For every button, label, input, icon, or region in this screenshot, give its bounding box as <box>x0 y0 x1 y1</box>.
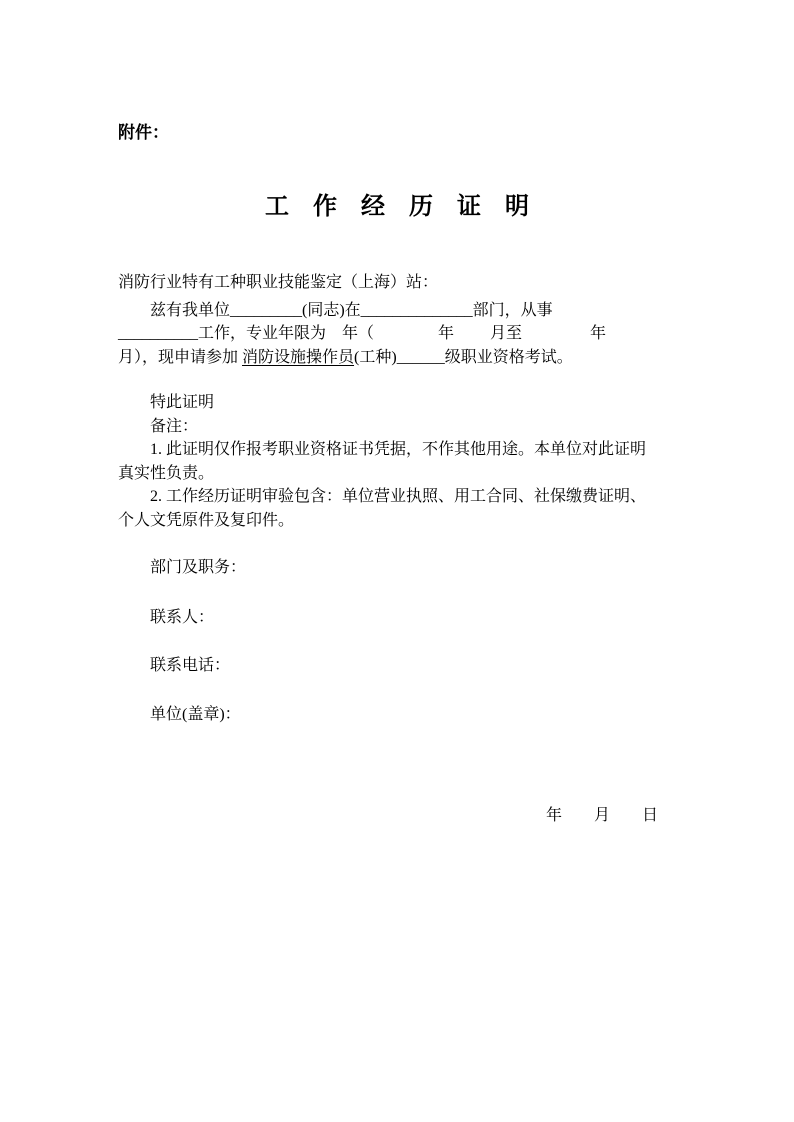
occupation-name-underlined: 消防设施操作员 <box>242 349 354 366</box>
field-department-position: 部门及职务： <box>118 556 676 580</box>
field-contact-phone: 联系电话： <box>118 654 676 678</box>
level-blank: ______ <box>397 349 445 366</box>
body-line-unit-name: 兹有我单位_________(同志)在______________部门，从事 <box>118 299 676 323</box>
note2-line1: 2. 工作经历证明审验包含：单位营业执照、用工合同、社保缴费证明、 <box>118 485 676 509</box>
exam-line-worktype: (工种) <box>354 349 397 366</box>
document-title: 工 作 经 历 证 明 <box>118 192 676 222</box>
attachment-label: 附件： <box>118 121 676 145</box>
remarks-label: 备注： <box>118 415 676 439</box>
field-unit-seal: 单位(盖章)： <box>118 703 676 727</box>
note1-line2: 真实性负责。 <box>118 462 676 486</box>
exam-line-pre: 月），现申请参加 <box>118 349 242 366</box>
body-line-work-years: __________工作，专业年限为 年（ 年 月至 年 <box>118 322 676 346</box>
date-line: 年 月 日 <box>118 804 676 828</box>
field-contact-person: 联系人： <box>118 606 676 630</box>
note2-line2: 个人文凭原件及复印件。 <box>118 509 676 533</box>
salutation-line: 消防行业特有工种职业技能鉴定（上海）站： <box>118 271 676 295</box>
note1-line1: 1. 此证明仅作报考职业资格证书凭据，不作其他用途。本单位对此证明 <box>118 438 676 462</box>
body-line-exam-application: 月），现申请参加 消防设施操作员(工种)______级职业资格考试。 <box>118 346 676 370</box>
document-page: 附件： 工 作 经 历 证 明 消防行业特有工种职业技能鉴定（上海）站： 兹有我… <box>0 0 794 1122</box>
exam-line-post: 级职业资格考试。 <box>445 349 573 366</box>
certify-statement: 特此证明 <box>118 391 676 415</box>
